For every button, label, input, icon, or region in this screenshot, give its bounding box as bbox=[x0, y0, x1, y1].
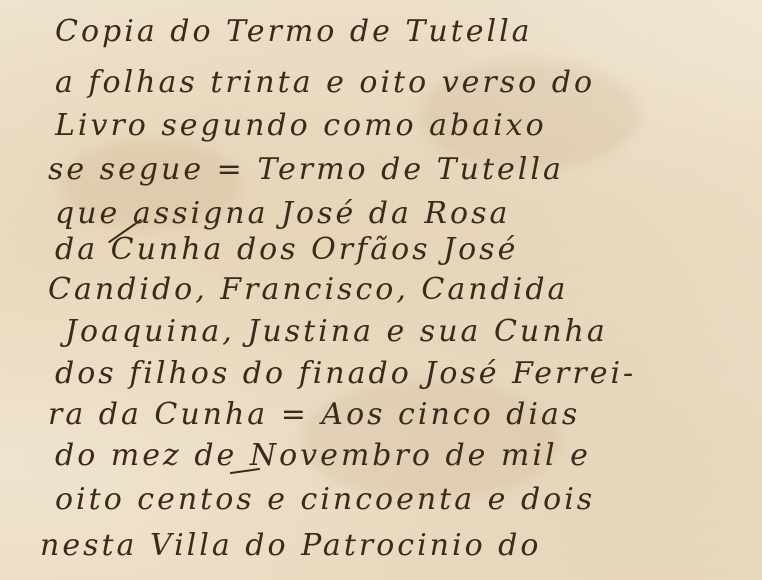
manuscript-line-2: a folhas trinta e oito verso do bbox=[55, 65, 595, 100]
manuscript-page: Copia do Termo de Tutella a folhas trint… bbox=[0, 0, 762, 580]
manuscript-line-4: se segue = Termo de Tutella bbox=[48, 152, 564, 187]
manuscript-line-5: que assigna José da Rosa bbox=[55, 196, 510, 231]
manuscript-line-9: dos filhos do finado José Ferrei- bbox=[55, 356, 636, 391]
manuscript-line-8: Joaquina, Justina e sua Cunha bbox=[65, 314, 608, 349]
manuscript-line-7: Candido, Francisco, Candida bbox=[48, 272, 568, 307]
manuscript-line-13: nesta Villa do Patrocinio do bbox=[40, 528, 541, 563]
manuscript-line-3: Livro segundo como abaixo bbox=[55, 108, 547, 143]
manuscript-line-11: do mez de Novembro de mil e bbox=[55, 438, 591, 473]
manuscript-line-6: da Cunha dos Orfãos José bbox=[55, 232, 518, 267]
manuscript-line-10: ra da Cunha = Aos cinco dias bbox=[48, 397, 580, 432]
manuscript-line-12: oito centos e cincoenta e dois bbox=[55, 482, 595, 517]
manuscript-line-1: Copia do Termo de Tutella bbox=[55, 14, 533, 49]
